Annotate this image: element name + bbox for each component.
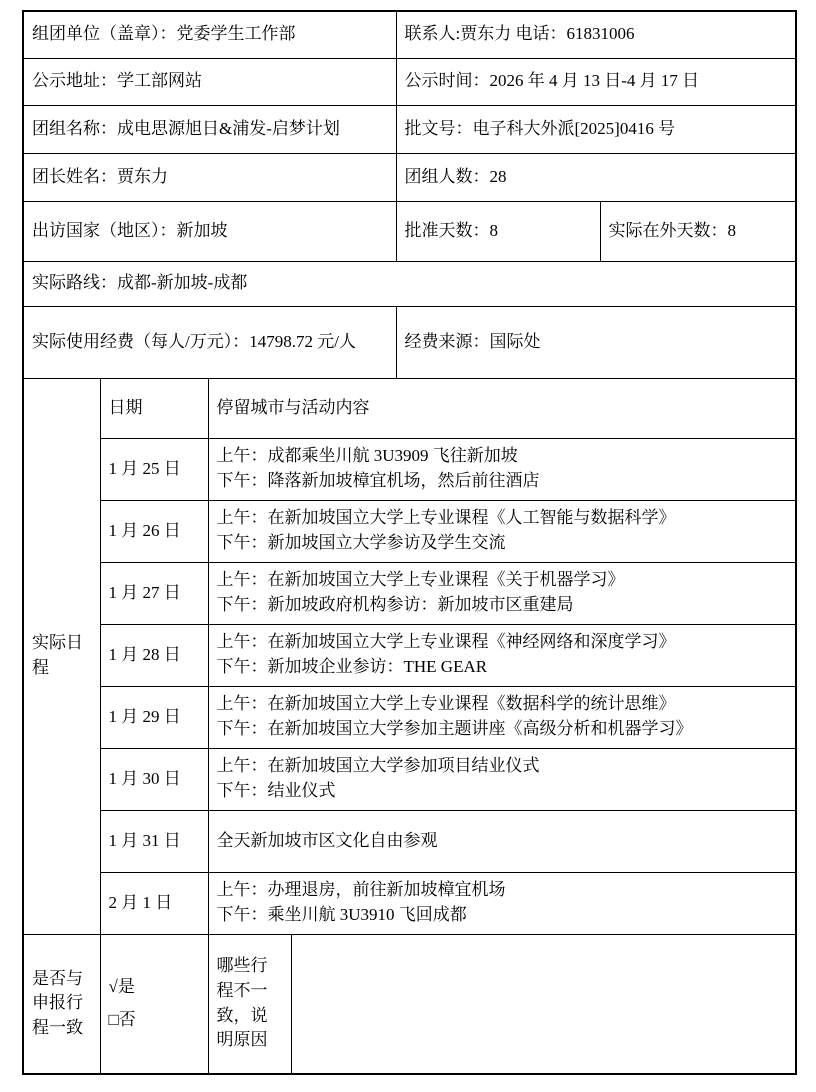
notice-address-cell: 公示地址：学工部网站 [23,58,396,105]
schedule-section-label: 实际日程 [23,378,100,934]
day-date-cell: 1 月 27 日 [100,562,208,624]
day-content-cell: 全天新加坡市区文化自由参观 [208,810,796,872]
approved-days-cell: 批准天数：8 [396,201,600,261]
day-date-cell: 2 月 1 日 [100,872,208,934]
explain-label-cell: 哪些行程不一致，说明原因 [208,934,291,1074]
morning-activity: 上午：在新加坡国立大学上专业课程《神经网络和深度学习》 [217,630,788,655]
day-content-cell: 上午：在新加坡国立大学上专业课程《关于机器学习》 下午：新加坡政府机构参访：新加… [208,562,796,624]
contact-person-cell: 联系人:贾东力 电话：61831006 [396,11,796,58]
morning-activity: 上午：在新加坡国立大学上专业课程《数据科学的统计思维》 [217,692,788,717]
schedule-day-row: 1 月 26 日 上午：在新加坡国立大学上专业课程《人工智能与数据科学》 下午：… [23,500,796,562]
schedule-header-row: 实际日程 日期 停留城市与活动内容 [23,378,796,438]
checkbox-yes: √是 [109,971,200,1003]
checkbox-no: □否 [109,1004,200,1036]
funding-source-cell: 经费来源：国际处 [396,306,796,378]
explain-content-cell [291,934,796,1074]
afternoon-activity: 下午：新加坡企业参访：THE GEAR [217,655,788,680]
route-cell: 实际路线：成都-新加坡-成都 [23,261,796,306]
day-content-cell: 上午：在新加坡国立大学参加项目结业仪式 下午：结业仪式 [208,748,796,810]
consistency-options-cell: √是 □否 [100,934,208,1074]
consistency-row: 是否与申报行程一致 √是 □否 哪些行程不一致，说明原因 [23,934,796,1074]
afternoon-activity: 下午：降落新加坡樟宜机场，然后前往酒店 [217,469,788,494]
morning-activity: 上午：办理退房，前往新加坡樟宜机场 [217,878,788,903]
group-name-cell: 团组名称：成电思源旭日&浦发-启梦计划 [23,105,396,153]
consistency-question-cell: 是否与申报行程一致 [23,934,100,1074]
day-content-cell: 上午：在新加坡国立大学上专业课程《数据科学的统计思维》 下午：在新加坡国立大学参… [208,686,796,748]
day-date-cell: 1 月 25 日 [100,438,208,500]
actual-days-cell: 实际在外天数：8 [600,201,796,261]
expense-cell: 实际使用经费（每人/万元）：14798.72 元/人 [23,306,396,378]
afternoon-activity: 下午：新加坡国立大学参访及学生交流 [217,531,788,556]
row-unit-contact: 组团单位（盖章）：党委学生工作部 联系人:贾东力 电话：61831006 [23,11,796,58]
document-page: 组团单位（盖章）：党委学生工作部 联系人:贾东力 电话：61831006 公示地… [0,0,816,1092]
schedule-day-row: 1 月 28 日 上午：在新加坡国立大学上专业课程《神经网络和深度学习》 下午：… [23,624,796,686]
date-header-cell: 日期 [100,378,208,438]
afternoon-activity: 下午：新加坡政府机构参访：新加坡市区重建局 [217,593,788,618]
morning-activity: 上午：成都乘坐川航 3U3909 飞往新加坡 [217,444,788,469]
row-route: 实际路线：成都-新加坡-成都 [23,261,796,306]
day-date-cell: 1 月 26 日 [100,500,208,562]
day-date-cell: 1 月 29 日 [100,686,208,748]
approval-no-cell: 批文号：电子科大外派[2025]0416 号 [396,105,796,153]
leader-name-cell: 团长姓名：贾东力 [23,153,396,201]
afternoon-activity: 下午：乘坐川航 3U3910 飞回成都 [217,903,788,928]
schedule-day-row: 1 月 30 日 上午：在新加坡国立大学参加项目结业仪式 下午：结业仪式 [23,748,796,810]
schedule-day-row: 1 月 31 日 全天新加坡市区文化自由参观 [23,810,796,872]
schedule-day-row: 1 月 27 日 上午：在新加坡国立大学上专业课程《关于机器学习》 下午：新加坡… [23,562,796,624]
destination-cell: 出访国家（地区）：新加坡 [23,201,396,261]
morning-activity: 上午：在新加坡国立大学上专业课程《关于机器学习》 [217,568,788,593]
content-header-cell: 停留城市与活动内容 [208,378,796,438]
row-notice: 公示地址：学工部网站 公示时间：2026 年 4 月 13 日-4 月 17 日 [23,58,796,105]
row-leader: 团长姓名：贾东力 团组人数：28 [23,153,796,201]
organizing-unit-cell: 组团单位（盖章）：党委学生工作部 [23,11,396,58]
day-content-cell: 上午：成都乘坐川航 3U3909 飞往新加坡 下午：降落新加坡樟宜机场，然后前往… [208,438,796,500]
row-destination: 出访国家（地区）：新加坡 批准天数：8 实际在外天数：8 [23,201,796,261]
day-date-cell: 1 月 31 日 [100,810,208,872]
afternoon-activity: 下午：结业仪式 [217,779,788,804]
morning-activity: 上午：在新加坡国立大学上专业课程《人工智能与数据科学》 [217,506,788,531]
row-group-name: 团组名称：成电思源旭日&浦发-启梦计划 批文号：电子科大外派[2025]0416… [23,105,796,153]
day-content-cell: 上午：在新加坡国立大学上专业课程《人工智能与数据科学》 下午：新加坡国立大学参访… [208,500,796,562]
schedule-day-row: 2 月 1 日 上午：办理退房，前往新加坡樟宜机场 下午：乘坐川航 3U3910… [23,872,796,934]
notice-time-cell: 公示时间：2026 年 4 月 13 日-4 月 17 日 [396,58,796,105]
group-size-cell: 团组人数：28 [396,153,796,201]
morning-activity: 上午：在新加坡国立大学参加项目结业仪式 [217,754,788,779]
row-expense: 实际使用经费（每人/万元）：14798.72 元/人 经费来源：国际处 [23,306,796,378]
schedule-day-row: 1 月 25 日 上午：成都乘坐川航 3U3909 飞往新加坡 下午：降落新加坡… [23,438,796,500]
trip-report-table: 组团单位（盖章）：党委学生工作部 联系人:贾东力 电话：61831006 公示地… [22,10,797,1075]
expense-text: 实际使用经费（每人/万元）：14798.72 元/人 [32,328,370,355]
day-date-cell: 1 月 28 日 [100,624,208,686]
all-day-activity: 全天新加坡市区文化自由参观 [217,829,788,854]
day-date-cell: 1 月 30 日 [100,748,208,810]
day-content-cell: 上午：办理退房，前往新加坡樟宜机场 下午：乘坐川航 3U3910 飞回成都 [208,872,796,934]
afternoon-activity: 下午：在新加坡国立大学参加主题讲座《高级分析和机器学习》 [217,717,788,742]
day-content-cell: 上午：在新加坡国立大学上专业课程《神经网络和深度学习》 下午：新加坡企业参访：T… [208,624,796,686]
schedule-day-row: 1 月 29 日 上午：在新加坡国立大学上专业课程《数据科学的统计思维》 下午：… [23,686,796,748]
